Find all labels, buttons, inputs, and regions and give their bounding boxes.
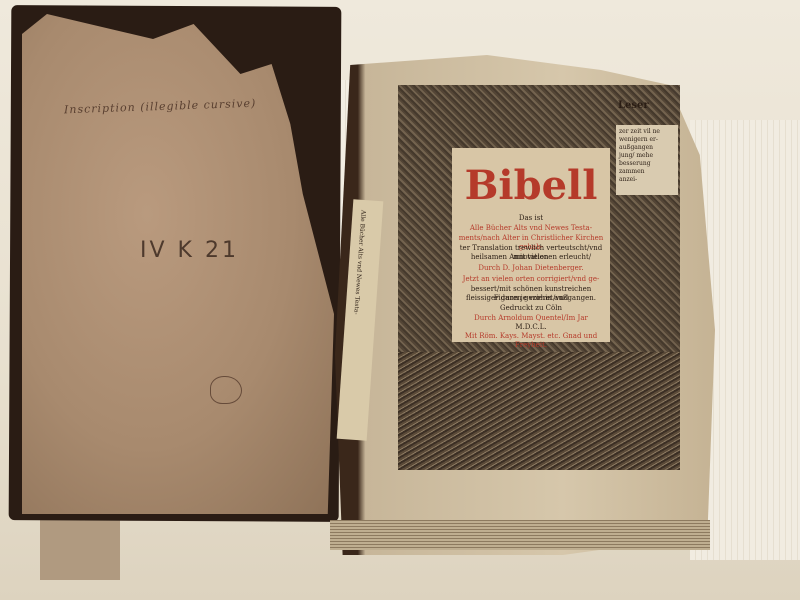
woodcut-scene (398, 352, 680, 470)
title-line: Durch Arnoldum Quentel/Im Jar (456, 314, 606, 323)
shelfmark: IV K 21 (140, 238, 239, 263)
title-bibell: Bibell (452, 162, 610, 209)
circle-mark (210, 376, 242, 404)
title-line: Alle Bücher Alts vnd Newes Testa- (456, 224, 606, 233)
title-line: Gedruckt zu Cöln (456, 304, 606, 313)
fragment-line: zammen (619, 168, 675, 176)
inscription-handwriting: Inscription (illegible cursive) (64, 97, 257, 117)
fragment-line: außgangen (619, 144, 675, 152)
title-line: Durch D. Johan Dietenberger. (456, 264, 606, 273)
page-edges (330, 520, 710, 550)
strip-text: Alle Bücher Alts vnd Newes Testa- (351, 210, 366, 315)
title-line: Jetzt an vielen orten corrigiert/vnd ge- (456, 275, 606, 284)
title-line: Mit Röm. Kays. Mayst. etc. Gnad und Frey… (456, 332, 606, 350)
fragment-line: anzei- (619, 176, 675, 184)
fragment-heading: Leser (618, 100, 649, 111)
fragment-line: wenigern er- (619, 136, 675, 144)
side-fragment: zer zeit vil ne wenigern er- außgangen j… (616, 125, 678, 195)
fragment-line: jung/ mehe (619, 152, 675, 160)
title-line: fleissiger dann je vorhin außgangen. (456, 294, 606, 303)
title-panel: Bibell Das ist Alle Bücher Alts vnd Newe… (452, 148, 610, 342)
fragment-line: besserung (619, 160, 675, 168)
fragment-line: zer zeit vil ne (619, 128, 675, 136)
title-line: Das ist (456, 214, 606, 223)
title-line: M.D.C.L. (456, 323, 606, 332)
book-support (40, 520, 120, 580)
title-line: heilsamen Annotationen erleucht/ (456, 253, 606, 262)
